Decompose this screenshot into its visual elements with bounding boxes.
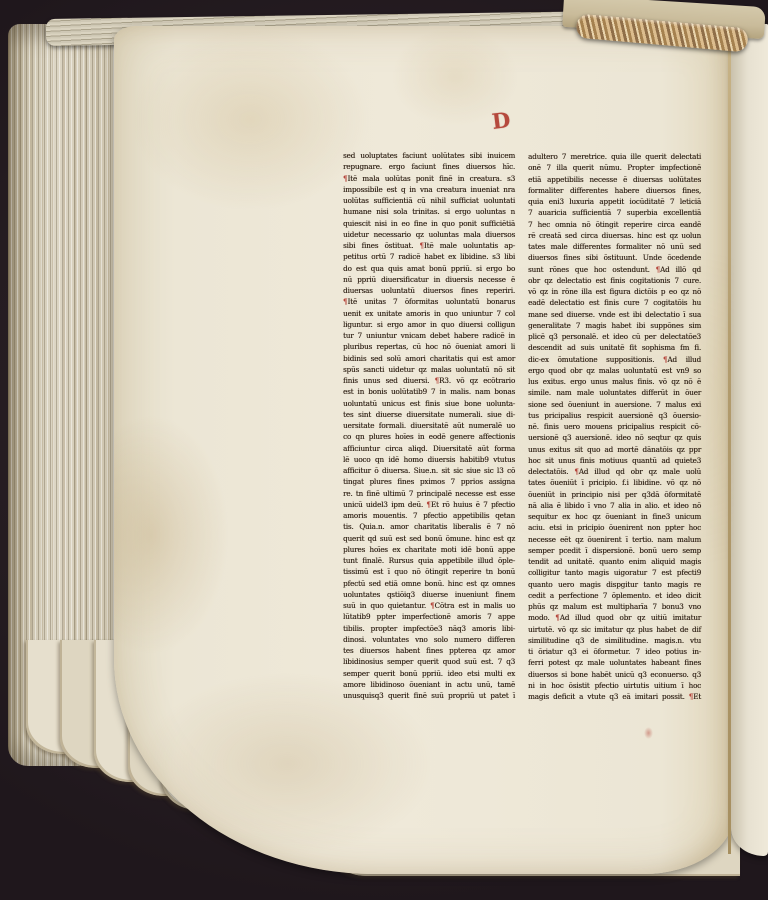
text-line: re. tn finē ultimū 7 principalē necesse … <box>343 488 515 499</box>
facing-page-sliver <box>731 24 768 856</box>
text-line: mane sed diuerse. vnde est ibi delectati… <box>528 309 701 320</box>
text-line: rē creatā sed circa diuersas. hinc est q… <box>528 230 701 241</box>
text-line: necesse eēt qz ōuenirent ī tertio. nam m… <box>528 534 701 545</box>
text-line: tunt finalē. Rursus quia appetibile illu… <box>343 555 515 566</box>
text-line: hoc sit unus finis motiuus quantū ad qui… <box>528 455 701 466</box>
text-line: quanto uero magis dispgitur tanto magis … <box>528 579 701 590</box>
text-line: uersionē q3 auersionē. ideo nō seqtur qz… <box>528 432 701 443</box>
text-line: tes sint diuerse diuersitate numerali. s… <box>343 409 515 420</box>
text-line: diuersos fines sibi ōstituunt. Unde ōced… <box>528 252 701 263</box>
text-line: semper pcedit ī dispersionē. bonū uero s… <box>528 545 701 556</box>
text-line: ergo quod obr qz malas uoluntatū est vn9… <box>528 365 701 376</box>
text-line: tates ōueniūt ī pricipio. f.i libidine. … <box>528 477 701 488</box>
text-line: sequitur ex hoc qz ōueniant in fine3 uni… <box>528 511 701 522</box>
text-line: uenit ex unitate amoris in quo uniuntur … <box>343 308 515 319</box>
text-line: tates male differentes formaliter nō unū… <box>528 241 701 252</box>
text-line: quiescit nisi in eo fine in quo ponit su… <box>343 218 515 229</box>
text-line: libidinosius semper querit quod suū est.… <box>343 656 515 667</box>
text-line: tur 7 uniuntur vnicam debet habere radic… <box>343 330 515 341</box>
text-line: pfectū sed etiā omne bonū. hinc est qz o… <box>343 578 515 589</box>
text-column-right: adultero 7 meretrice. quia ille querit d… <box>528 151 701 702</box>
gutter-crease <box>728 30 731 854</box>
text-line: repugnare. ergo faciunt fines diuersos h… <box>343 161 515 172</box>
text-line: dinosi. voluntates vno solo numero diffe… <box>343 634 515 645</box>
text-line: simile. nam male uoluntates differūt in … <box>528 387 701 398</box>
text-line: tingat plures fines pximos 7 pprios assi… <box>343 476 515 487</box>
text-line: impossibile est q in vna creatura inueni… <box>343 184 515 195</box>
text-line: uoluntatū unicus est finis siue bone uol… <box>343 398 515 409</box>
text-line: descendit ad suis unitatē fit sophisma f… <box>528 342 701 353</box>
text-line: sibi fines ōstituat. ¶Itē male uoluntati… <box>343 240 515 251</box>
text-line: sione sed ōueniunt in auersione. 7 malus… <box>528 399 701 410</box>
text-line: ¶Itē unitas 7 ōformitas uoluntatū bonaru… <box>343 296 515 307</box>
text-line: suū in quo quietantur. ¶Cōtra est in mal… <box>343 600 515 611</box>
text-line: colligitur tanto magis uigoratur 7 est p… <box>528 567 701 578</box>
text-column-left: sed uoluptates faciunt uolūtates sibi in… <box>343 150 515 701</box>
text-line: querit qd suū est sed bonū ōmune. hinc e… <box>343 533 515 544</box>
text-line: formaliter differentes habere diuersos f… <box>528 185 701 196</box>
text-line: phūs qz malum est multipharīa 7 bonu3 vn… <box>528 601 701 612</box>
text-line: quia eni3 luxuria appetit iocūditatē 7 l… <box>528 196 701 207</box>
text-line: uoluntates qstiōiq3 diuerse inueniunt fi… <box>343 589 515 600</box>
text-line: plicē q3 personalē. et ideo cū per delec… <box>528 331 701 342</box>
text-line: tus pricipalius respicit auersionē q3 ōu… <box>528 410 701 421</box>
text-line: unusquisq3 querit finē suū propriū ut pa… <box>343 690 515 701</box>
text-line: afficitur ō diuersa. Siue.n. sit sic siu… <box>343 465 515 476</box>
text-line: adultero 7 meretrice. quia ille querit d… <box>528 151 701 162</box>
text-line: delectatōis. ¶Ad illud qd obr qz male uo… <box>528 466 701 477</box>
text-line: obr qz delectatio est finis cogitationis… <box>528 275 701 286</box>
text-line: tibilis. propter impfectōe3 nāq3 amoris … <box>343 623 515 634</box>
text-line: do est qua quis amat bonū ppriū. si ergo… <box>343 263 515 274</box>
text-line: nū ppriū diuersificatur in diuersis nece… <box>343 274 515 285</box>
book-photo: D sed uoluptates faciunt uolūtates sibi … <box>0 0 768 900</box>
text-line: diuersas uoluntatū diuersos fines reperi… <box>343 285 515 296</box>
text-line: co qn plures hoīes in eodē genere affect… <box>343 431 515 442</box>
text-line: bidinis sed solū amori charitatis qui es… <box>343 353 515 364</box>
text-line: spūs sancti uidetur qz malas uoluntatū n… <box>343 364 515 375</box>
text-line: modo. ¶Ad illud quod obr qz uitiū imitat… <box>528 612 701 623</box>
text-line: tis. Quia.n. amor charitatis liberalis ē… <box>343 521 515 532</box>
text-line: 7 auaricia sufficientiā 7 superbia excel… <box>528 207 701 218</box>
text-line: nē. finis uero mouens pricipalius respic… <box>528 421 701 432</box>
text-line: pluribus repertas, cū hoc nō ōueniat amo… <box>343 341 515 352</box>
text-line: magis deficit a vtute q3 eā imitari poss… <box>528 691 701 702</box>
text-line: uirtutē. vō qz sic imitatur qz plus habe… <box>528 624 701 635</box>
text-line: finis unus sed diuersi. ¶R3. vō qz ecōtr… <box>343 375 515 386</box>
text-line: uolūtas sufficientiā cū nihil sufficiat … <box>343 195 515 206</box>
text-line: uidetur necessario qz uoluntas mala diue… <box>343 229 515 240</box>
text-line: humane nisi sola trinitas. si ergo uolun… <box>343 206 515 217</box>
rubric-ornament-letter: D <box>491 109 512 132</box>
text-line: eadē delectatio est finis cure 7 cogitat… <box>528 297 701 308</box>
text-line: generalitate 7 magis habet ibi suppōnes … <box>528 320 701 331</box>
text-line: semper querit bonū ppriū. ideo etsi mult… <box>343 668 515 679</box>
text-line: diuersos si bone habēt unicū q3 econuers… <box>528 669 701 680</box>
text-line: ti ōriatur q3 ei ōformetur. 7 ideo potiu… <box>528 646 701 657</box>
text-line: tissimū est ī quo nō ōtingit reperire tn… <box>343 566 515 577</box>
text-line: ni in hoc ōsistit pfectio uirtutis uitiu… <box>528 680 701 691</box>
text-line: amore libidinoso ōueniant in actu unū, t… <box>343 679 515 690</box>
text-line: etiā appetibilis necesse ē diuersas uolū… <box>528 174 701 185</box>
text-line: ōueniūt in principio nisi per q3dā ōform… <box>528 489 701 500</box>
text-line: plures hoīes ex charitate moti idē bonū … <box>343 544 515 555</box>
text-line: ferri potest qz male uoluntates habeant … <box>528 657 701 668</box>
text-line: est in bonis uolūtatib9 7 in malis. nam … <box>343 386 515 397</box>
text-line: unus exitus sit quo ad mortē dānatōis qz… <box>528 444 701 455</box>
text-line: tendit ad unitatē. quanto enim aliquid m… <box>528 556 701 567</box>
text-line: sunt rōnes que hoc ostendunt. ¶Ad illō q… <box>528 264 701 275</box>
text-line: onē 7 illa querit nūmu. Propter impfecti… <box>528 162 701 173</box>
text-line: unicū uidel3 ipm deū. ¶Et rō huius ē 7 p… <box>343 499 515 510</box>
text-line: cedit a perfectione 7 ōplemento. et ideo… <box>528 590 701 601</box>
text-line: dic-ex ōmutatione suppositionis. ¶Ad ill… <box>528 354 701 365</box>
text-line: liguntur. si ergo amor in quo diuersi co… <box>343 319 515 330</box>
rubric-ink-smudge <box>644 727 653 739</box>
text-line: similitudine q3 de similitudine. magis.n… <box>528 635 701 646</box>
text-line: sed uoluptates faciunt uolūtates sibi in… <box>343 150 515 161</box>
text-line: 7 hec omnia nō ōtingit reperire circa ea… <box>528 219 701 230</box>
text-line: lē uoco qn idē homo diuersis habitib9 vt… <box>343 454 515 465</box>
text-line: petitus ortū 7 radicē habet ex libidine.… <box>343 251 515 262</box>
text-line: aciu. etsi in pricipio ōuenirent non ppt… <box>528 522 701 533</box>
text-line: lus exitus. ergo unus malus finis. vō qz… <box>528 376 701 387</box>
text-line: amoris mouentis. 7 pfectio appetibilis q… <box>343 510 515 521</box>
text-line: ¶Itē mala uolūtas ponit finē in creatura… <box>343 173 515 184</box>
text-line: tes diuersos habent fines ppterea qz amo… <box>343 645 515 656</box>
text-line: afficiuntur circa aliqd. Diuersitatē aūt… <box>343 443 515 454</box>
text-line: nā alia ē libido ī vno 7 alia in alio. e… <box>528 500 701 511</box>
text-line: uersitate formali. diuersitatē aūt numer… <box>343 420 515 431</box>
text-line: vō qz in rōne illa est figura dictōis p … <box>528 286 701 297</box>
text-line: lūtatib9 ppter imperfectionē amoris 7 ap… <box>343 611 515 622</box>
